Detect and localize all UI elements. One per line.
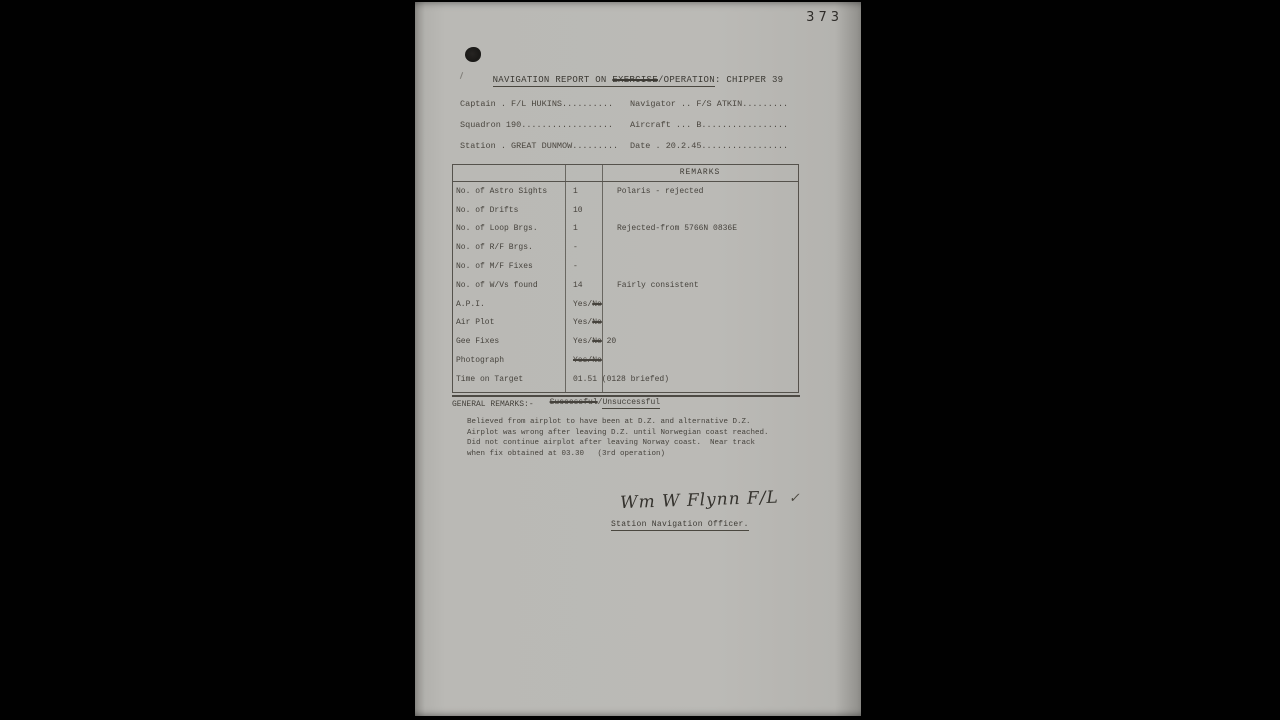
row-remark: Polaris - rejected <box>610 187 798 196</box>
table-row: No. of R/F Brgs.- <box>453 238 798 257</box>
table-row: No. of Drifts10 <box>453 201 798 220</box>
row-label: Gee Fixes <box>453 337 568 346</box>
page-number: 373 <box>806 10 843 25</box>
row-value: Yes/No <box>568 318 610 327</box>
header-fields: Captain . F/L HUKINS.......... Navigator… <box>460 94 820 157</box>
row-value: 14 <box>568 281 610 290</box>
title-lead: NAVIGATION REPORT ON <box>493 75 613 85</box>
result-status: Successful/Unsuccessful <box>550 398 660 407</box>
row-value: 1 <box>568 224 610 233</box>
row-label: Air Plot <box>453 318 568 327</box>
table-body: No. of Astro Sights1Polaris - rejectedNo… <box>453 182 798 389</box>
status-unsuccessful: Unsuccessful <box>602 398 660 409</box>
row-label: No. of R/F Brgs. <box>453 243 568 252</box>
signature-title: Station Navigation Officer. <box>611 520 749 531</box>
field-navigator: Navigator .. F/S ATKIN......... <box>630 94 820 115</box>
table-bottom-rule <box>452 395 800 397</box>
row-label: Time on Target <box>453 375 568 384</box>
handwritten-signature: Wm W Flynn F/L✓ <box>620 487 801 513</box>
row-value: Yes/No <box>568 300 610 309</box>
field-row: Captain . F/L HUKINS.......... Navigator… <box>460 94 820 115</box>
table-row: Air PlotYes/No <box>453 314 798 333</box>
field-aircraft: Aircraft ... B................. <box>630 115 820 136</box>
table-row: A.P.I.Yes/No <box>453 295 798 314</box>
remarks-line: when fix obtained at 03.30 (3rd operatio… <box>467 449 769 460</box>
field-station: Station . GREAT DUNMOW......... <box>460 136 630 157</box>
table-header: REMARKS <box>453 165 798 182</box>
status-successful-struck: Successful <box>550 398 598 407</box>
table-row: No. of Astro Sights1Polaris - rejected <box>453 182 798 201</box>
row-value: 10 <box>568 206 610 215</box>
title-tail: : CHIPPER 39 <box>715 75 783 85</box>
title-underlined: NAVIGATION REPORT ON EXERCISE/OPERATION <box>493 75 715 87</box>
checkmark-icon: ✓ <box>789 491 801 506</box>
ink-blot <box>465 47 481 62</box>
row-value: Yes/No 20 <box>568 337 610 346</box>
general-remarks-heading: GENERAL REMARKS:-Successful/Unsuccessful <box>452 400 660 409</box>
row-value: Yes/No <box>568 356 610 365</box>
title-struck-word: EXERCISE <box>612 75 658 85</box>
row-value: 01.51 (0128 briefed) <box>568 375 610 384</box>
general-remarks-label: GENERAL REMARKS:- <box>452 400 534 409</box>
row-label: A.P.I. <box>453 300 568 309</box>
remarks-line: Did not continue airplot after leaving N… <box>467 438 769 449</box>
field-captain: Captain . F/L HUKINS.......... <box>460 94 630 115</box>
table-row: No. of M/F Fixes- <box>453 257 798 276</box>
row-label: No. of Astro Sights <box>453 187 568 196</box>
row-remark: Fairly consistent <box>610 281 798 290</box>
row-label: No. of Loop Brgs. <box>453 224 568 233</box>
title-operation: /OPERATION <box>658 75 715 85</box>
row-label: No. of W/Vs found <box>453 281 568 290</box>
scan-background: 373 NAVIGATION REPORT ON EXERCISE/OPERAT… <box>0 0 1280 720</box>
remarks-line: Believed from airplot to have been at D.… <box>467 417 769 428</box>
row-value: - <box>568 243 610 252</box>
table-row: Gee FixesYes/No 20 <box>453 332 798 351</box>
remarks-line: Airplot was wrong after leaving D.Z. unt… <box>467 428 769 439</box>
remarks-column-header: REMARKS <box>602 168 798 177</box>
table-row: No. of Loop Brgs.1Rejected-from 5766N 08… <box>453 220 798 239</box>
general-remarks-text: Believed from airplot to have been at D.… <box>467 417 769 459</box>
navigation-stats-table: REMARKS No. of Astro Sights1Polaris - re… <box>452 164 799 393</box>
table-row: PhotographYes/No <box>453 351 798 370</box>
row-label: No. of Drifts <box>453 206 568 215</box>
field-date: Date . 20.2.45................. <box>630 136 820 157</box>
row-label: No. of M/F Fixes <box>453 262 568 271</box>
table-row: Time on Target01.51 (0128 briefed) <box>453 370 798 389</box>
table-row: No. of W/Vs found14Fairly consistent <box>453 276 798 295</box>
field-row: Squadron 190.................. Aircraft … <box>460 115 820 136</box>
row-remark: Rejected-from 5766N 0836E <box>610 224 798 233</box>
row-label: Photograph <box>453 356 568 365</box>
document-page: 373 NAVIGATION REPORT ON EXERCISE/OPERAT… <box>415 2 861 716</box>
field-squadron: Squadron 190.................. <box>460 115 630 136</box>
report-title: NAVIGATION REPORT ON EXERCISE/OPERATION:… <box>415 75 861 85</box>
field-row: Station . GREAT DUNMOW......... Date . 2… <box>460 136 820 157</box>
table-divider <box>565 165 566 392</box>
row-value: - <box>568 262 610 271</box>
row-value: 1 <box>568 187 610 196</box>
